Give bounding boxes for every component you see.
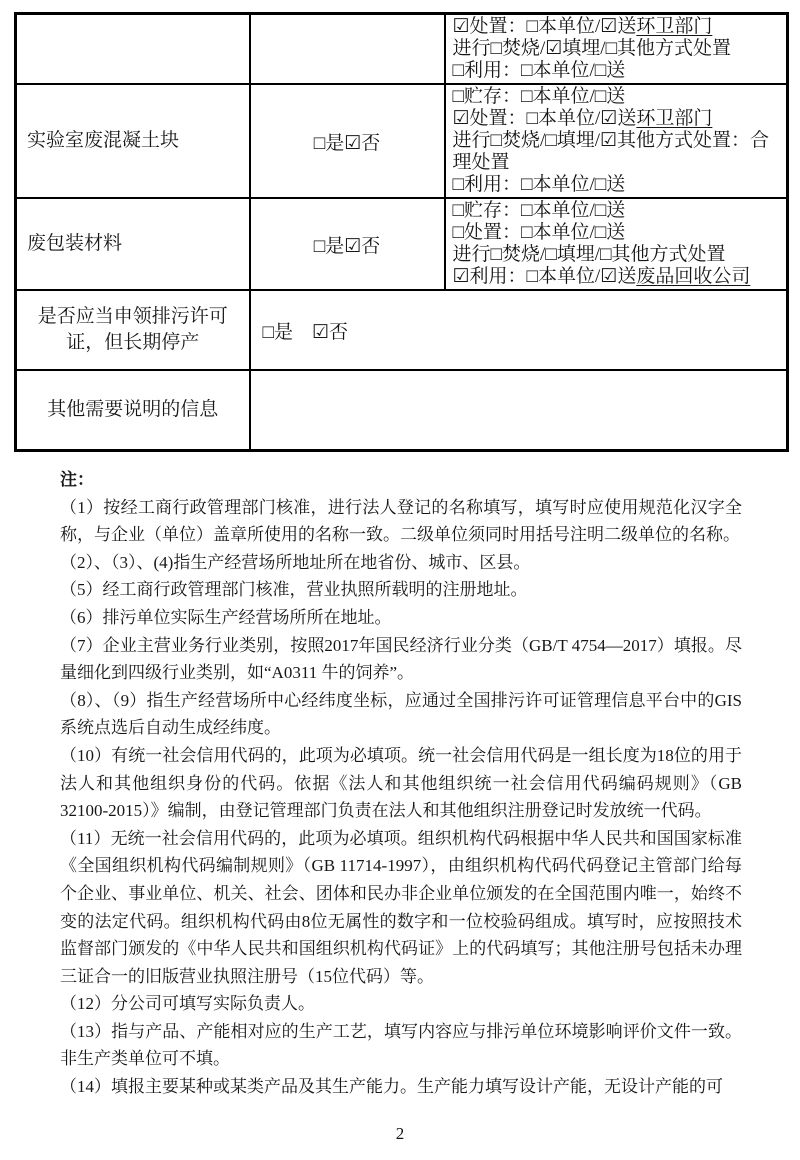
note-item: （14）填报主要某种或某类产品及其生产能力。生产能力填写设计产能，无设计产能的可 — [60, 1073, 742, 1101]
other-info-value-cell — [250, 370, 788, 450]
note-item: （7）企业主营业务行业类别，按照2017年国民经济行业分类（GB/T 4754—… — [60, 632, 742, 687]
permit-answer-cell: □是 ☑否 — [250, 290, 788, 370]
waste-handling-line: 进行□焚烧/□填埋/□其他方式处置 — [453, 244, 783, 266]
waste-handling-line: □处置：□本单位/□送 — [453, 222, 783, 244]
waste-handling-line: ☑处置：□本单位/☑送环卫部门 — [453, 16, 783, 38]
waste-name-cell: 实验室废混凝土块 — [16, 84, 250, 198]
waste-handling-line: ☑处置：□本单位/☑送环卫部门 — [453, 108, 783, 130]
yes-no-cell — [250, 14, 445, 85]
note-item: （8）、（9）指生产经营场所中心经纬度坐标，应通过全国排污许可证管理信息平台中的… — [60, 687, 742, 742]
underlined-destination: 环卫部门 — [636, 108, 712, 129]
waste-handling-line: □贮存：□本单位/□送 — [453, 86, 783, 108]
yes-no-cell: □是☑否 — [250, 84, 445, 198]
notes-section: 注： （1）按经工商行政管理部门核准，进行法人登记的名称填写，填写时应使用规范化… — [60, 466, 742, 1101]
disposal-detail-cell: ☑处置：□本单位/☑送环卫部门进行□焚烧/☑填埋/□其他方式处置□利用：□本单位… — [445, 14, 788, 85]
waste-handling-line: 进行□焚烧/□填埋/☑其他方式处置：合理处置 — [453, 130, 783, 174]
table-row: 废包装材料 □是☑否 □贮存：□本单位/□送□处置：□本单位/□送进行□焚烧/□… — [16, 198, 788, 290]
table-row: 实验室废混凝土块 □是☑否 □贮存：□本单位/□送☑处置：□本单位/☑送环卫部门… — [16, 84, 788, 198]
note-item: （11）无统一社会信用代码的，此项为必填项。组织机构代码根据中华人民共和国国家标… — [60, 825, 742, 991]
waste-handling-line: ☑利用：□本单位/☑送废品回收公司 — [453, 266, 783, 288]
disposal-detail-cell: □贮存：□本单位/□送□处置：□本单位/□送进行□焚烧/□填埋/□其他方式处置☑… — [445, 198, 788, 290]
waste-handling-line: 进行□焚烧/☑填埋/□其他方式处置 — [453, 38, 783, 60]
note-item: （1）按经工商行政管理部门核准，进行法人登记的名称填写，填写时应使用规范化汉字全… — [60, 494, 742, 549]
underlined-destination: 废品回收公司 — [636, 266, 750, 287]
disposal-detail-cell: □贮存：□本单位/□送☑处置：□本单位/☑送环卫部门进行□焚烧/□填埋/☑其他方… — [445, 84, 788, 198]
underlined-destination: 环卫部门 — [636, 16, 712, 37]
page-number: 2 — [0, 1124, 800, 1144]
note-item: （10）有统一社会信用代码的，此项为必填项。统一社会信用代码是一组长度为18位的… — [60, 742, 742, 825]
yes-no-cell: □是☑否 — [250, 198, 445, 290]
waste-handling-line: □利用：□本单位/□送 — [453, 174, 783, 196]
waste-name-cell — [16, 14, 250, 85]
table-row: ☑处置：□本单位/☑送环卫部门进行□焚烧/☑填埋/□其他方式处置□利用：□本单位… — [16, 14, 788, 85]
note-item: （2）、（3）、(4)指生产经营场所地址所在地省份、城市、区县。 — [60, 549, 742, 577]
waste-handling-line: □贮存：□本单位/□送 — [453, 200, 783, 222]
note-item: （5）经工商行政管理部门核准，营业执照所载明的注册地址。 — [60, 576, 742, 604]
waste-handling-line: □利用：□本单位/□送 — [453, 60, 783, 82]
note-item: （12）分公司可填写实际负责人。 — [60, 990, 742, 1018]
table-row: 其他需要说明的信息 — [16, 370, 788, 450]
waste-name-cell: 废包装材料 — [16, 198, 250, 290]
note-item: （6）排污单位实际生产经营场所所在地址。 — [60, 604, 742, 632]
waste-disposal-table: ☑处置：□本单位/☑送环卫部门进行□焚烧/☑填埋/□其他方式处置□利用：□本单位… — [14, 12, 789, 452]
permit-question-cell: 是否应当申领排污许可证，但长期停产 — [16, 290, 250, 370]
note-item: （13）指与产品、产能相对应的生产工艺，填写内容应与排污单位环境影响评价文件一致… — [60, 1018, 742, 1073]
table-row: 是否应当申领排污许可证，但长期停产 □是 ☑否 — [16, 290, 788, 370]
other-info-label-cell: 其他需要说明的信息 — [16, 370, 250, 450]
notes-heading: 注： — [60, 466, 742, 494]
